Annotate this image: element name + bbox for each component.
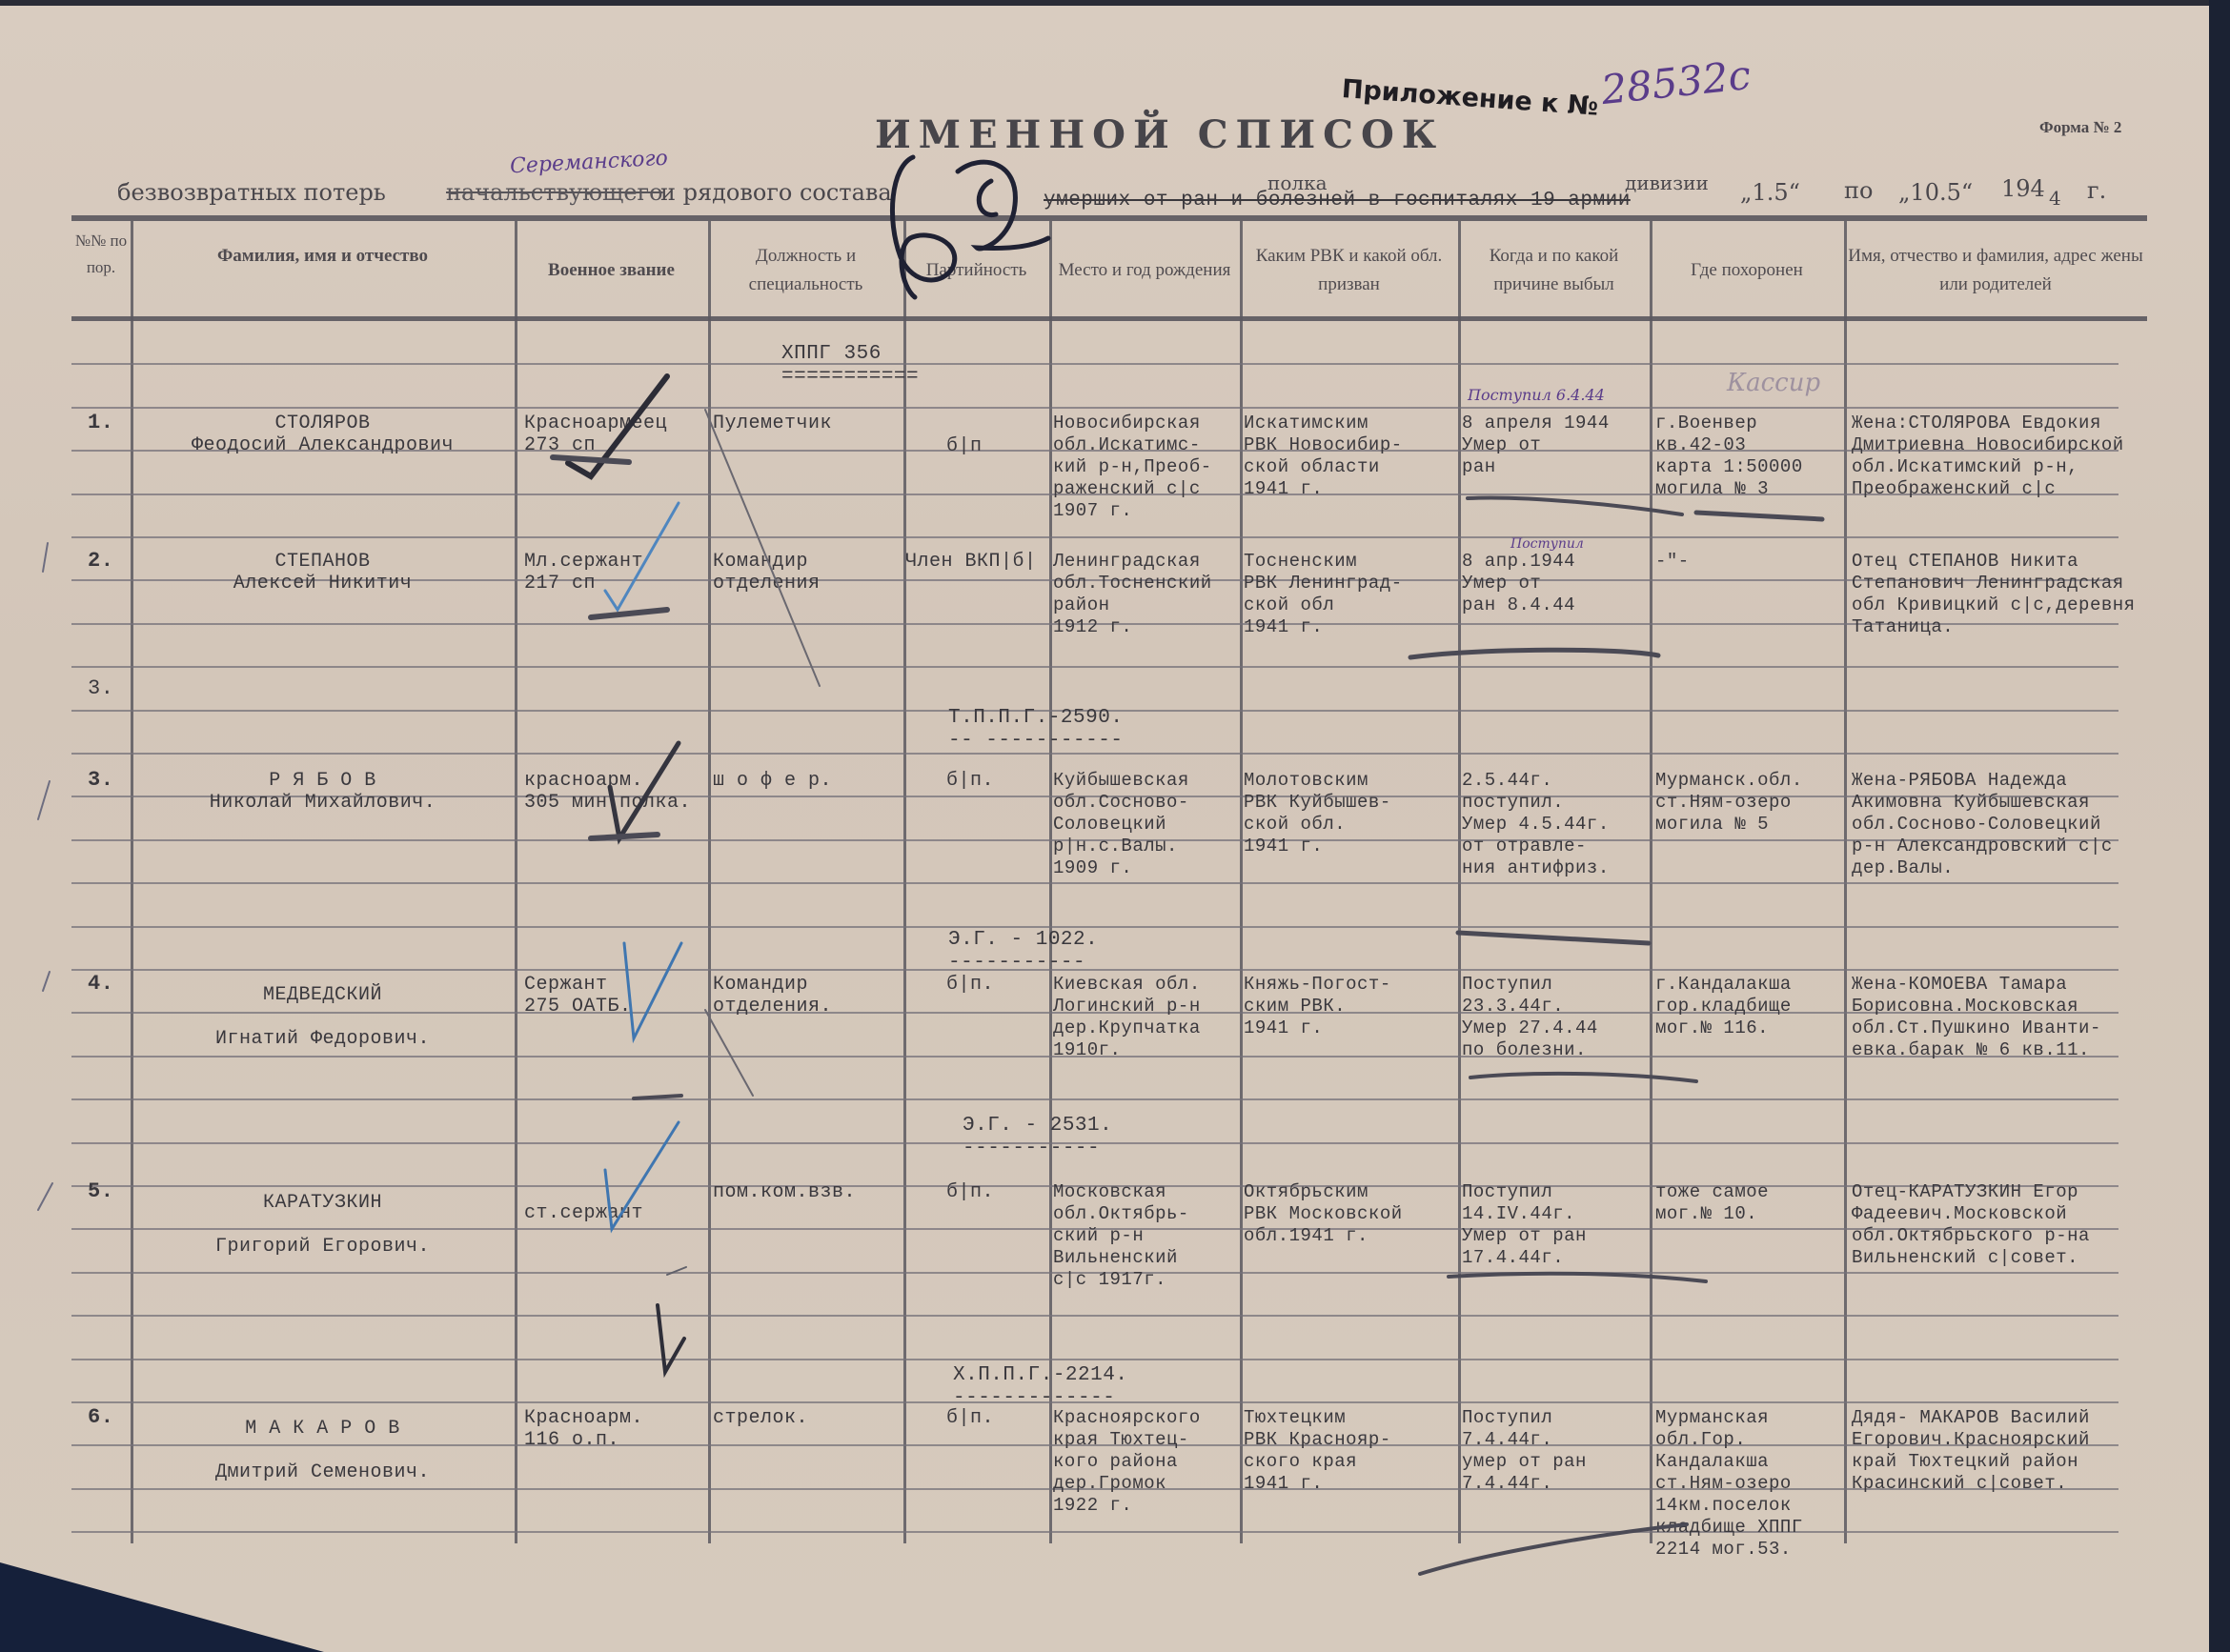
person-name: МЕДВЕДСКИЙ Игнатий Федорович.	[136, 974, 509, 1061]
burial-place: Мурманск.обл. ст.Ням-озеро могила № 5	[1655, 770, 1803, 836]
military-rank: красноарм. 305 мин.полка.	[524, 770, 691, 814]
attachment-number-handwritten: 28532с	[1599, 51, 1753, 113]
birthplace: Московская обл.Октябрь- ский р-н Вильнен…	[1053, 1181, 1189, 1291]
column-header: Когда и по какой причине выбыл	[1460, 242, 1648, 299]
burial-place: -"-	[1655, 551, 1690, 573]
person-name: Р Я Б О В Николай Михайлович.	[136, 770, 509, 814]
column-header: Где похоронен	[1652, 256, 1842, 285]
person-name: КАРАТУЗКИН Григорий Егорович.	[136, 1181, 509, 1269]
relatives-address: Отец-КАРАТУЗКИН Егор Фадеевич.Московской…	[1852, 1181, 2090, 1269]
column-header: Фамилия, имя и отчество	[132, 242, 513, 271]
row-rule	[71, 536, 2118, 538]
row-rule	[71, 363, 2118, 365]
birthplace: Куйбышевская обл.Сосново- Солов­ецкий р|…	[1053, 770, 1189, 879]
svg-text:Поступил: Поступил	[1510, 536, 1584, 552]
subtitle-part1: безвозвратных потерь	[117, 179, 386, 206]
row-rule	[71, 926, 2118, 928]
subtitle-to-date: „10.5“	[1898, 179, 1973, 206]
subtitle-from-date: „1.5“	[1740, 179, 1800, 206]
row-rule	[71, 1359, 2118, 1360]
section-label: Т.П.П.Г.-2590. -- -----------	[948, 707, 1123, 753]
column-header: Военное звание	[517, 256, 706, 285]
row-rule	[71, 666, 2118, 668]
party: б|п.	[946, 974, 994, 996]
when-and-cause: Поступил 7.4.44г. умер от ран 7.4.44г.	[1462, 1407, 1587, 1495]
scan-border-right	[2209, 0, 2230, 1652]
party: б|п.	[946, 1181, 994, 1203]
handwritten-insert: Сереманского	[509, 147, 668, 179]
burial-place: г.Кандалакша гор.кладбище мог.№ 116.	[1655, 974, 1792, 1039]
party: б|п.	[946, 770, 994, 792]
row-number: 4.	[88, 974, 113, 995]
relatives-address: Жена:СТОЛЯРОВА Евдокия Дмитриевна Новоси…	[1852, 413, 2124, 500]
header-rule-bottom	[71, 316, 2147, 321]
conscription-office: Княжь-Погост- ским РВК. 1941 г.	[1244, 974, 1391, 1039]
scan-border-top	[0, 0, 2230, 6]
burial-place: г.Военвер кв.42-03 карта 1:50000 могила …	[1655, 413, 1803, 500]
row-rule	[71, 1531, 2118, 1533]
subtitle-polka: полка	[1267, 171, 1328, 194]
person-name: СТОЛЯРОВ Феодосий Александрович	[136, 413, 509, 456]
row-number: 3.	[88, 678, 113, 699]
column-header: Каким РВК и какой обл. призван	[1242, 242, 1456, 299]
column-header: Должность и специальность	[710, 242, 902, 299]
when-and-cause: Поступил 14.IV.44г. Умер от ран 17.4.44г…	[1462, 1181, 1587, 1269]
relatives-address: Жена-РЯБОВА Надежда Акимовна Куйбышевска…	[1852, 770, 2113, 879]
conscription-office: Молотовским РВК Куйбышев- ской обл. 1941…	[1244, 770, 1391, 857]
conscription-office: Октябрьским РВК Московской обл.1941 г.	[1244, 1181, 1403, 1247]
row-rule	[71, 753, 2118, 755]
when-and-cause: 8 апр.1944 Умер от ран 8.4.44	[1462, 551, 1575, 616]
military-rank: Мл.сержант 217 сп	[524, 551, 643, 594]
subtitle-divizii: дивизии	[1625, 171, 1709, 194]
relatives-address: Дядя- МАКАРОВ Василий Егорович.Красноярс…	[1852, 1407, 2090, 1495]
when-and-cause: 2.5.44г. поступил. Умер 4.5.44г. от отра…	[1462, 770, 1610, 879]
column-header: Партийность	[905, 256, 1047, 285]
burial-place: Мурманская обл.Гор. Кандалакша ст.Ням-оз…	[1655, 1407, 1803, 1561]
document-title: ИМЕННОЙ СПИСОК	[875, 112, 1444, 157]
position: стрелок.	[713, 1407, 808, 1429]
birthplace: Красноярского края Тюхтец- кого района д…	[1053, 1407, 1201, 1517]
relatives-address: Жена-КОМОЕВА Тамара Борисовна.Московская…	[1852, 974, 2101, 1061]
party: б|п.	[946, 1407, 994, 1429]
military-rank: Красноармеец 273 сп	[524, 413, 667, 456]
row-number: 2.	[88, 551, 113, 572]
birthplace: Ленинградская обл.Тосненский район 1912 …	[1053, 551, 1212, 638]
row-rule	[71, 1098, 2118, 1100]
party: Член ВКП|б|	[905, 551, 991, 573]
row-number: 1.	[88, 413, 113, 433]
row-rule	[71, 882, 2118, 884]
section-label: ХППГ 356 ===========	[781, 343, 919, 389]
section-label: Э.Г. - 2531. -----------	[963, 1115, 1112, 1160]
subtitle-typed-overlay: умерших от ран и болезней в госпиталях 1…	[1044, 191, 1631, 212]
conscription-office: Искатимским РВК Новосибир- ской области …	[1244, 413, 1403, 500]
subtitle-year-suffix: 4	[2049, 187, 2061, 210]
when-and-cause: Поступил 23.3.44г. Умер 27.4.44 по болез…	[1462, 974, 1598, 1061]
row-number: 6.	[88, 1407, 113, 1428]
row-rule	[71, 407, 2118, 409]
party: б|п	[946, 435, 983, 457]
position: Командир отделения	[713, 551, 821, 594]
subtitle-struck-text: начальствующего	[446, 179, 663, 206]
archival-document-page: Приложение к № 28532с ИМЕННОЙ СПИСОК Фор…	[0, 0, 2230, 1652]
svg-text:Поступил 6.4.44: Поступил 6.4.44	[1467, 386, 1605, 404]
birthplace: Киевская обл. Логинский р-н дер.Крупчатк…	[1053, 974, 1201, 1061]
subtitle-year-unit: г.	[2087, 177, 2106, 204]
row-number: 5.	[88, 1181, 113, 1202]
person-name: СТЕПАНОВ Алексей Никитич	[136, 551, 509, 594]
subtitle-year-prefix: 194	[2001, 175, 2045, 202]
column-header: №№ по пор.	[73, 228, 129, 281]
conscription-office: Тюхтецким РВК Краснояр- ского края 1941 …	[1244, 1407, 1391, 1495]
relatives-address: Отец СТЕПАНОВ Никита Степанович Ленингра…	[1852, 551, 2136, 638]
military-rank: Красноарм. 116 о.п.	[524, 1407, 643, 1451]
section-label: Э.Г. - 1022. -----------	[948, 929, 1098, 975]
burial-place: тоже самое мог.№ 10.	[1655, 1181, 1769, 1225]
header-rule-top	[71, 215, 2147, 221]
person-name: М А К А Р О В Дмитрий Семенович.	[136, 1407, 509, 1495]
military-rank: ст.сержант	[524, 1202, 643, 1224]
section-label: Х.П.П.Г.-2214. -------------	[953, 1364, 1127, 1410]
subtitle-to-label: по	[1844, 177, 1873, 204]
svg-text:Кассир: Кассир	[1726, 369, 1820, 397]
position: Пулеметчик	[713, 413, 832, 434]
military-rank: Сержант 275 ОАТБ.	[524, 974, 632, 1017]
row-number: 3.	[88, 770, 113, 791]
column-header: Имя, отчество и фамилия, адрес жены или …	[1846, 242, 2145, 299]
row-rule	[71, 1315, 2118, 1317]
form-number: Форма № 2	[2039, 118, 2121, 137]
birthplace: Новосибирская обл.Искатимс- кий р-н,Прео…	[1053, 413, 1212, 522]
column-header: Место и год рождения	[1051, 256, 1238, 285]
scan-corner-shadow	[0, 1562, 324, 1652]
position: ш о ф е р.	[713, 770, 832, 792]
subtitle-part2: и рядового состава	[660, 179, 892, 206]
position: Командир отделения.	[713, 974, 832, 1017]
when-and-cause: 8 апреля 1944 Умер от ран	[1462, 413, 1610, 478]
position: пом.ком.взв.	[713, 1181, 856, 1203]
conscription-office: Тосненским РВК Ленинград- ской обл 1941 …	[1244, 551, 1403, 638]
